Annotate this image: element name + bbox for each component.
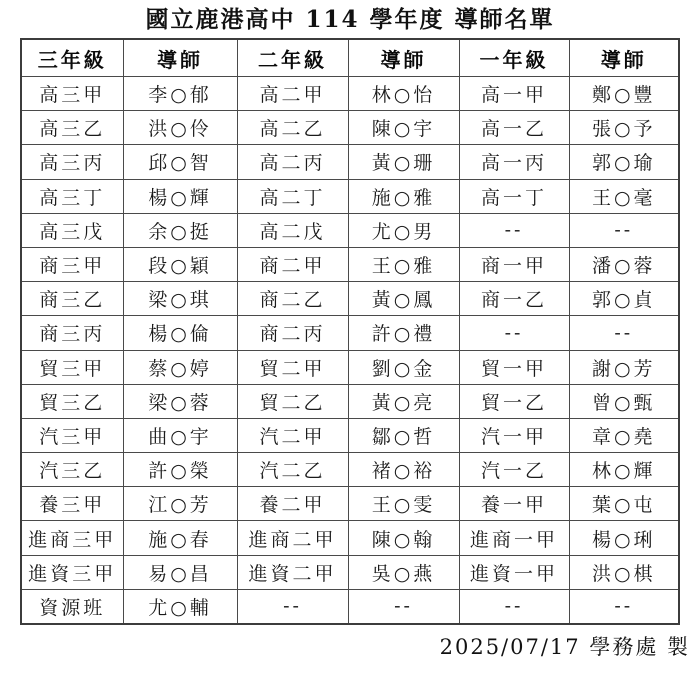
teacher-cell: 尤○輔 — [123, 589, 237, 624]
teacher-cell: 洪○棋 — [569, 555, 679, 589]
table-row: 高三戊余○挺高二戊尤○男---- — [21, 213, 679, 247]
header-cell: 導師 — [123, 39, 237, 77]
class-cell: 汽一乙 — [459, 453, 569, 487]
teacher-cell: 潘○蓉 — [569, 247, 679, 281]
table-row: 資源班尤○輔-------- — [21, 589, 679, 624]
teacher-cell: 吳○燕 — [348, 555, 459, 589]
class-cell: -- — [459, 316, 569, 350]
class-cell: 進商二甲 — [237, 521, 348, 555]
class-cell: 高二丙 — [237, 145, 348, 179]
class-cell: 進資二甲 — [237, 555, 348, 589]
class-cell: 貿三乙 — [21, 384, 123, 418]
teacher-cell: 黃○珊 — [348, 145, 459, 179]
teacher-cell: 施○雅 — [348, 179, 459, 213]
class-cell: 商二丙 — [237, 316, 348, 350]
teacher-cell: 陳○翰 — [348, 521, 459, 555]
teacher-cell: 王○毫 — [569, 179, 679, 213]
teacher-cell: 余○挺 — [123, 213, 237, 247]
teacher-cell: 陳○宇 — [348, 111, 459, 145]
class-cell: 貿二乙 — [237, 384, 348, 418]
class-cell: 高一乙 — [459, 111, 569, 145]
teacher-cell: 楊○琍 — [569, 521, 679, 555]
class-cell: 高三丁 — [21, 179, 123, 213]
class-cell: 進商三甲 — [21, 521, 123, 555]
class-cell: 高二丁 — [237, 179, 348, 213]
teacher-cell: 林○輝 — [569, 453, 679, 487]
class-cell: 商一乙 — [459, 282, 569, 316]
teacher-cell: 楊○倫 — [123, 316, 237, 350]
class-cell: 汽三甲 — [21, 418, 123, 452]
class-cell: 高一丁 — [459, 179, 569, 213]
teacher-cell: 許○禮 — [348, 316, 459, 350]
class-cell: 進資一甲 — [459, 555, 569, 589]
teacher-cell: 許○榮 — [123, 453, 237, 487]
header-cell: 導師 — [569, 39, 679, 77]
table-header-row: 三年級導師二年級導師一年級導師 — [21, 39, 679, 77]
class-cell: 汽二甲 — [237, 418, 348, 452]
teacher-cell: 施○春 — [123, 521, 237, 555]
class-cell: 資源班 — [21, 589, 123, 624]
class-cell: 貿一甲 — [459, 350, 569, 384]
class-cell: 高一丙 — [459, 145, 569, 179]
class-cell: 高二甲 — [237, 77, 348, 111]
teacher-cell: 鄒○哲 — [348, 418, 459, 452]
class-cell: 汽三乙 — [21, 453, 123, 487]
header-cell: 導師 — [348, 39, 459, 77]
teacher-cell: 葉○屯 — [569, 487, 679, 521]
teacher-cell: 章○堯 — [569, 418, 679, 452]
class-cell: 高三戊 — [21, 213, 123, 247]
teacher-cell: -- — [569, 589, 679, 624]
table-row: 商三丙楊○倫商二丙許○禮---- — [21, 316, 679, 350]
table-row: 汽三乙許○榮汽二乙褚○裕汽一乙林○輝 — [21, 453, 679, 487]
class-cell: 高三丙 — [21, 145, 123, 179]
teacher-cell: 段○穎 — [123, 247, 237, 281]
class-cell: 進商一甲 — [459, 521, 569, 555]
teacher-cell: 曾○甄 — [569, 384, 679, 418]
teacher-cell: 郭○瑜 — [569, 145, 679, 179]
teacher-cell: 邱○智 — [123, 145, 237, 179]
table-row: 進資三甲易○昌進資二甲吳○燕進資一甲洪○棋 — [21, 555, 679, 589]
teacher-cell: 梁○蓉 — [123, 384, 237, 418]
table-row: 高三丙邱○智高二丙黃○珊高一丙郭○瑜 — [21, 145, 679, 179]
class-cell: 養三甲 — [21, 487, 123, 521]
document-page: 國立鹿港高中 114 學年度 導師名單 三年級導師二年級導師一年級導師 高三甲李… — [0, 0, 700, 688]
class-cell: 商三甲 — [21, 247, 123, 281]
header-cell: 一年級 — [459, 39, 569, 77]
table-row: 商三甲段○穎商二甲王○雅商一甲潘○蓉 — [21, 247, 679, 281]
class-cell: 汽二乙 — [237, 453, 348, 487]
teacher-cell: 郭○貞 — [569, 282, 679, 316]
class-cell: 高一甲 — [459, 77, 569, 111]
teacher-cell: -- — [569, 316, 679, 350]
teacher-cell: 褚○裕 — [348, 453, 459, 487]
page-title: 國立鹿港高中 114 學年度 導師名單 — [0, 5, 700, 35]
teacher-cell: 洪○伶 — [123, 111, 237, 145]
teacher-cell: 梁○琪 — [123, 282, 237, 316]
header-cell: 二年級 — [237, 39, 348, 77]
table-row: 高三乙洪○伶高二乙陳○宇高一乙張○予 — [21, 111, 679, 145]
teacher-cell: 蔡○婷 — [123, 350, 237, 384]
teacher-roster-table: 三年級導師二年級導師一年級導師 高三甲李○郁高二甲林○怡高一甲鄭○豐高三乙洪○伶… — [20, 38, 680, 625]
table-row: 進商三甲施○春進商二甲陳○翰進商一甲楊○琍 — [21, 521, 679, 555]
table-row: 商三乙梁○琪商二乙黃○鳳商一乙郭○貞 — [21, 282, 679, 316]
class-cell: 高三乙 — [21, 111, 123, 145]
class-cell: 養二甲 — [237, 487, 348, 521]
header-cell: 三年級 — [21, 39, 123, 77]
table-body: 高三甲李○郁高二甲林○怡高一甲鄭○豐高三乙洪○伶高二乙陳○宇高一乙張○予高三丙邱… — [21, 77, 679, 625]
class-cell: 貿三甲 — [21, 350, 123, 384]
class-cell: -- — [459, 213, 569, 247]
class-cell: 貿二甲 — [237, 350, 348, 384]
header-row: 三年級導師二年級導師一年級導師 — [21, 39, 679, 77]
teacher-cell: -- — [569, 213, 679, 247]
teacher-cell: 林○怡 — [348, 77, 459, 111]
class-cell: 高二戊 — [237, 213, 348, 247]
teacher-cell: 黃○鳳 — [348, 282, 459, 316]
class-cell: 商三丙 — [21, 316, 123, 350]
teacher-cell: 王○雅 — [348, 247, 459, 281]
teacher-cell: 張○予 — [569, 111, 679, 145]
teacher-cell: 易○昌 — [123, 555, 237, 589]
class-cell: -- — [237, 589, 348, 624]
class-cell: 商三乙 — [21, 282, 123, 316]
teacher-cell: 鄭○豐 — [569, 77, 679, 111]
class-cell: 貿一乙 — [459, 384, 569, 418]
teacher-cell: 楊○輝 — [123, 179, 237, 213]
teacher-cell: 江○芳 — [123, 487, 237, 521]
teacher-cell: 李○郁 — [123, 77, 237, 111]
class-cell: 高三甲 — [21, 77, 123, 111]
class-cell: 進資三甲 — [21, 555, 123, 589]
teacher-cell: 劉○金 — [348, 350, 459, 384]
teacher-cell: 黃○亮 — [348, 384, 459, 418]
class-cell: -- — [459, 589, 569, 624]
table-row: 貿三乙梁○蓉貿二乙黃○亮貿一乙曾○甄 — [21, 384, 679, 418]
teacher-cell: 曲○宇 — [123, 418, 237, 452]
class-cell: 商一甲 — [459, 247, 569, 281]
footer-stamp: 2025/07/17 學務處 製 — [0, 631, 690, 661]
class-cell: 高二乙 — [237, 111, 348, 145]
class-cell: 商二甲 — [237, 247, 348, 281]
class-cell: 汽一甲 — [459, 418, 569, 452]
table-row: 高三丁楊○輝高二丁施○雅高一丁王○毫 — [21, 179, 679, 213]
table-row: 汽三甲曲○宇汽二甲鄒○哲汽一甲章○堯 — [21, 418, 679, 452]
teacher-cell: 尤○男 — [348, 213, 459, 247]
table-row: 貿三甲蔡○婷貿二甲劉○金貿一甲謝○芳 — [21, 350, 679, 384]
teacher-cell: 謝○芳 — [569, 350, 679, 384]
table-row: 養三甲江○芳養二甲王○雯養一甲葉○屯 — [21, 487, 679, 521]
class-cell: 商二乙 — [237, 282, 348, 316]
table-row: 高三甲李○郁高二甲林○怡高一甲鄭○豐 — [21, 77, 679, 111]
class-cell: 養一甲 — [459, 487, 569, 521]
teacher-cell: 王○雯 — [348, 487, 459, 521]
teacher-cell: -- — [348, 589, 459, 624]
